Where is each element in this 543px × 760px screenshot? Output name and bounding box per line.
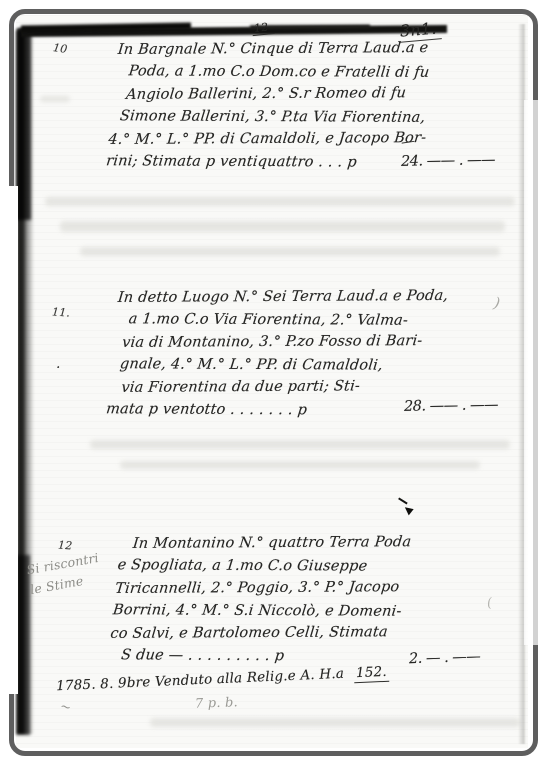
scanned-ledger-page: 3n1. 12 10 In Bargnale N.° Cinque di Ter… [0, 0, 543, 760]
scan-frame [9, 9, 538, 756]
scan-frame-fade-right [524, 100, 542, 645]
scan-frame-gap-left [6, 186, 18, 694]
